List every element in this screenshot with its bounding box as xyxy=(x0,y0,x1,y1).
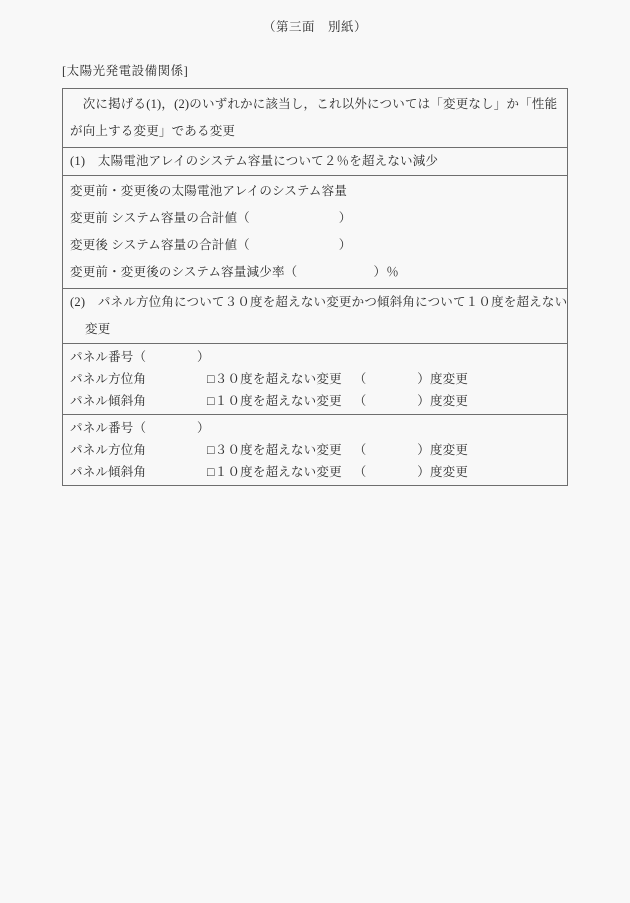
panel-azimuth-label: パネル方位角 xyxy=(70,439,207,461)
panel-tilt-label: パネル傾斜角 xyxy=(70,461,207,483)
item2-line-1: (2) パネル方位角について３０度を超えない変更かつ傾斜角について１０度を超えな… xyxy=(70,289,560,316)
panel-block-1: パネル番号（ ） パネル方位角□３０度を超えない変更（ ）度変更 パネル傾斜角□… xyxy=(63,343,567,414)
azimuth-option-text: ３０度を超えない変更 xyxy=(215,439,342,461)
tilt-degrees-field: （ ）度変更 xyxy=(354,461,468,483)
section-label: [太陽光発電設備関係] xyxy=(62,61,188,79)
item1-line: (1) 太陽電池アレイのシステム容量について２％を超えない減少 xyxy=(70,148,560,175)
item2-line-2: 変更 xyxy=(70,316,560,343)
capacity-before-field: 変更前 システム容量の合計値（ ） xyxy=(70,205,560,232)
panel-azimuth-line: パネル方位角□３０度を超えない変更（ ）度変更 xyxy=(70,368,560,390)
panel-azimuth-line: パネル方位角□３０度を超えない変更（ ）度変更 xyxy=(70,439,560,461)
tilt-option-text: １０度を超えない変更 xyxy=(215,390,342,412)
azimuth-30deg-checkbox[interactable]: □ xyxy=(207,368,215,390)
panel-number-field: パネル番号（ ） xyxy=(70,417,560,439)
row-item2-angle-change: (2) パネル方位角について３０度を超えない変更かつ傾斜角について１０度を超えな… xyxy=(63,288,567,343)
panel-block-2: パネル番号（ ） パネル方位角□３０度を超えない変更（ ）度変更 パネル傾斜角□… xyxy=(63,414,567,485)
intro-line-2: が向上する変更」である変更 xyxy=(70,118,560,145)
azimuth-degrees-field: （ ）度変更 xyxy=(354,368,468,390)
row-capacity-values: 変更前・変更後の太陽電池アレイのシステム容量 変更前 システム容量の合計値（ ）… xyxy=(63,175,567,288)
row-intro: 次に掲げる(1)，(2)のいずれかに該当し，これ以外については「変更なし」か「性… xyxy=(63,89,567,147)
row-item1-capacity-decrease: (1) 太陽電池アレイのシステム容量について２％を超えない減少 xyxy=(63,147,567,175)
capacity-decrease-rate-field: 変更前・変更後のシステム容量減少率（ ）％ xyxy=(70,259,560,286)
capacity-heading: 変更前・変更後の太陽電池アレイのシステム容量 xyxy=(70,178,560,205)
panel-number-field: パネル番号（ ） xyxy=(70,346,560,368)
change-conditions-table: 次に掲げる(1)，(2)のいずれかに該当し，これ以外については「変更なし」か「性… xyxy=(62,88,568,486)
capacity-after-field: 変更後 システム容量の合計値（ ） xyxy=(70,232,560,259)
tilt-option-text: １０度を超えない変更 xyxy=(215,461,342,483)
panel-tilt-line: パネル傾斜角□１０度を超えない変更（ ）度変更 xyxy=(70,461,560,483)
page-title: （第三面 別紙） xyxy=(0,17,630,35)
tilt-10deg-checkbox[interactable]: □ xyxy=(207,461,215,483)
tilt-10deg-checkbox[interactable]: □ xyxy=(207,390,215,412)
azimuth-degrees-field: （ ）度変更 xyxy=(354,439,468,461)
panel-tilt-line: パネル傾斜角□１０度を超えない変更（ ）度変更 xyxy=(70,390,560,412)
panel-tilt-label: パネル傾斜角 xyxy=(70,390,207,412)
intro-line-1: 次に掲げる(1)，(2)のいずれかに該当し，これ以外については「変更なし」か「性… xyxy=(70,91,560,118)
azimuth-30deg-checkbox[interactable]: □ xyxy=(207,439,215,461)
azimuth-option-text: ３０度を超えない変更 xyxy=(215,368,342,390)
panel-azimuth-label: パネル方位角 xyxy=(70,368,207,390)
tilt-degrees-field: （ ）度変更 xyxy=(354,390,468,412)
